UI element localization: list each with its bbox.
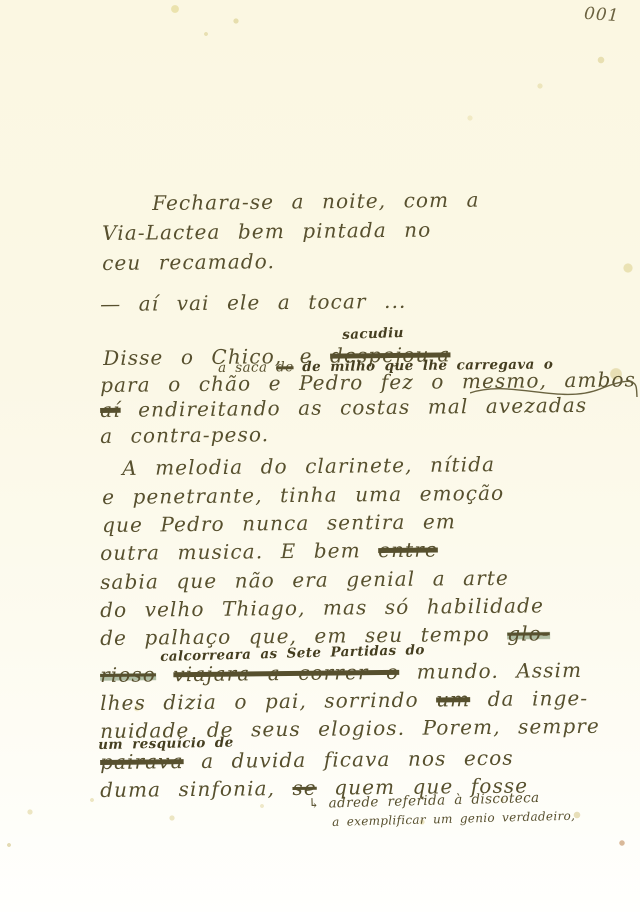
line-text: endireitando as costas mal avezadas [138,393,587,422]
struck-text: viajara a correr o [173,660,399,686]
line-text: que Pedro nunca sentira em [102,509,456,537]
line-text: outra musica. E bem [100,538,361,565]
handwritten-line: Fechara-se a noite, com a [152,188,480,215]
marginal-insertion: a exemplificar um genio verdadeiro, [332,809,575,829]
insertion-text: sacudiu [342,325,404,343]
handwritten-line: sabia que não era genial a arte [100,566,509,594]
handwritten-line: aí endireitando as costas mal avezadas [100,393,587,422]
line-text: lhes dizia o pai, sorrindo [100,688,419,715]
line-text: a duvida ficava nos ecos [201,746,514,773]
struck-text-green: rioso [100,662,156,687]
handwritten-line: lhes dizia o pai, sorrindo um da inge- [100,686,588,715]
struck-text-green: glo- [507,621,550,645]
struck-text: pairava [100,749,184,774]
handwritten-line: que Pedro nunca sentira em [102,509,456,537]
handwritten-line: do velho Thiago, mas só habilidade [100,593,544,622]
handwritten-line: — aí vai ele a tocar ... [100,289,407,316]
handwritten-line: rioso viajara a correr o mundo. Assim [100,658,582,687]
line-text: Via-Lactea bem pintada no [102,218,431,245]
insertion-text: a exemplificar um genio verdadeiro, [332,809,575,829]
handwritten-line: outra musica. E bem entre [100,537,438,565]
line-text: a contra-peso. [100,422,269,448]
handwritten-line: a contra-peso. [100,422,269,448]
line-text: ceu recamado. [102,249,275,275]
line-text: sabia que não era genial a arte [100,566,509,594]
handwritten-line: Via-Lactea bem pintada no [102,218,431,245]
line-text: e penetrante, tinha uma emoção [102,481,504,509]
handwritten-line: pairava a duvida ficava nos ecos [100,746,514,774]
line-text: da inge- [488,686,589,711]
struck-text: entre [378,537,438,562]
struck-text: aí [100,398,121,422]
handwritten-line: A melodia do clarinete, nítida [122,452,495,480]
handwritten-line: ceu recamado. [102,249,275,275]
line-text: do velho Thiago, mas só habilidade [100,593,544,622]
manuscript-page: 001 Fechara-se a noite, com a Via-Lactea… [0,0,640,912]
interline-insertion: sacudiu [342,325,404,343]
handwritten-line: e penetrante, tinha uma emoção [102,481,504,509]
page-number: 001 [583,4,620,26]
line-text: Fechara-se a noite, com a [152,188,480,215]
insertion-arrow-icon: ↳ [308,796,320,812]
struck-text: um [436,687,470,711]
line-text: A melodia do clarinete, nítida [122,452,495,480]
line-text: mundo. Assim [417,658,583,684]
line-text: — aí vai ele a tocar ... [100,289,407,316]
line-text: duma sinfonia, [100,776,275,802]
